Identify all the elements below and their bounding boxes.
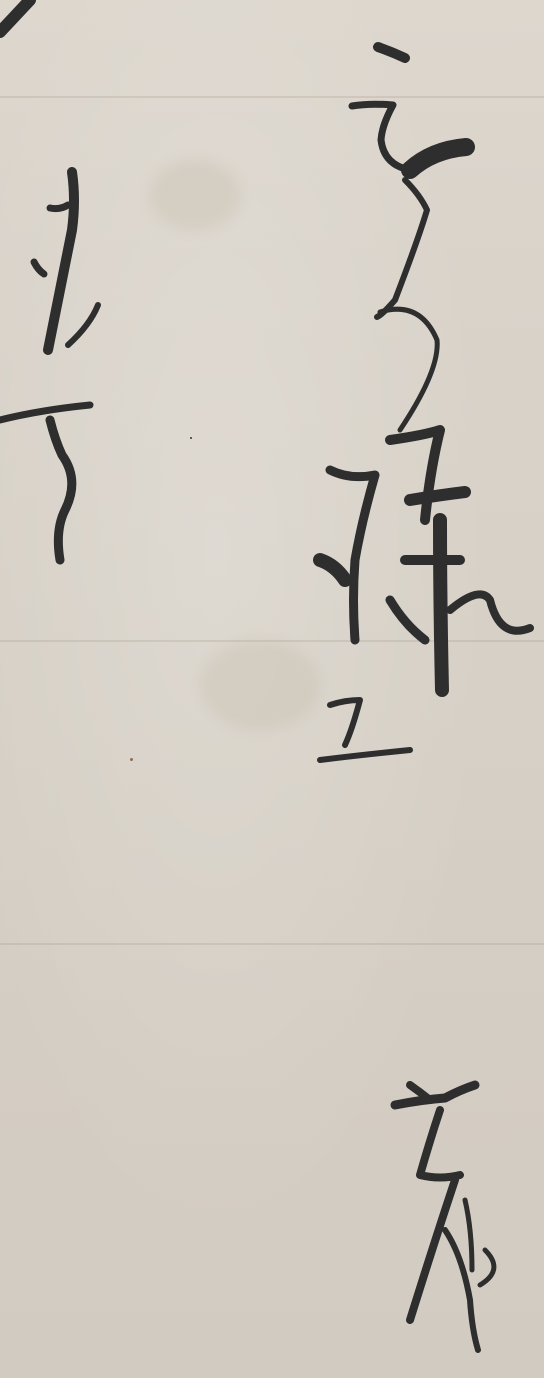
calligraphy-ink	[0, 0, 544, 1378]
calligraphy-paper	[0, 0, 544, 1378]
